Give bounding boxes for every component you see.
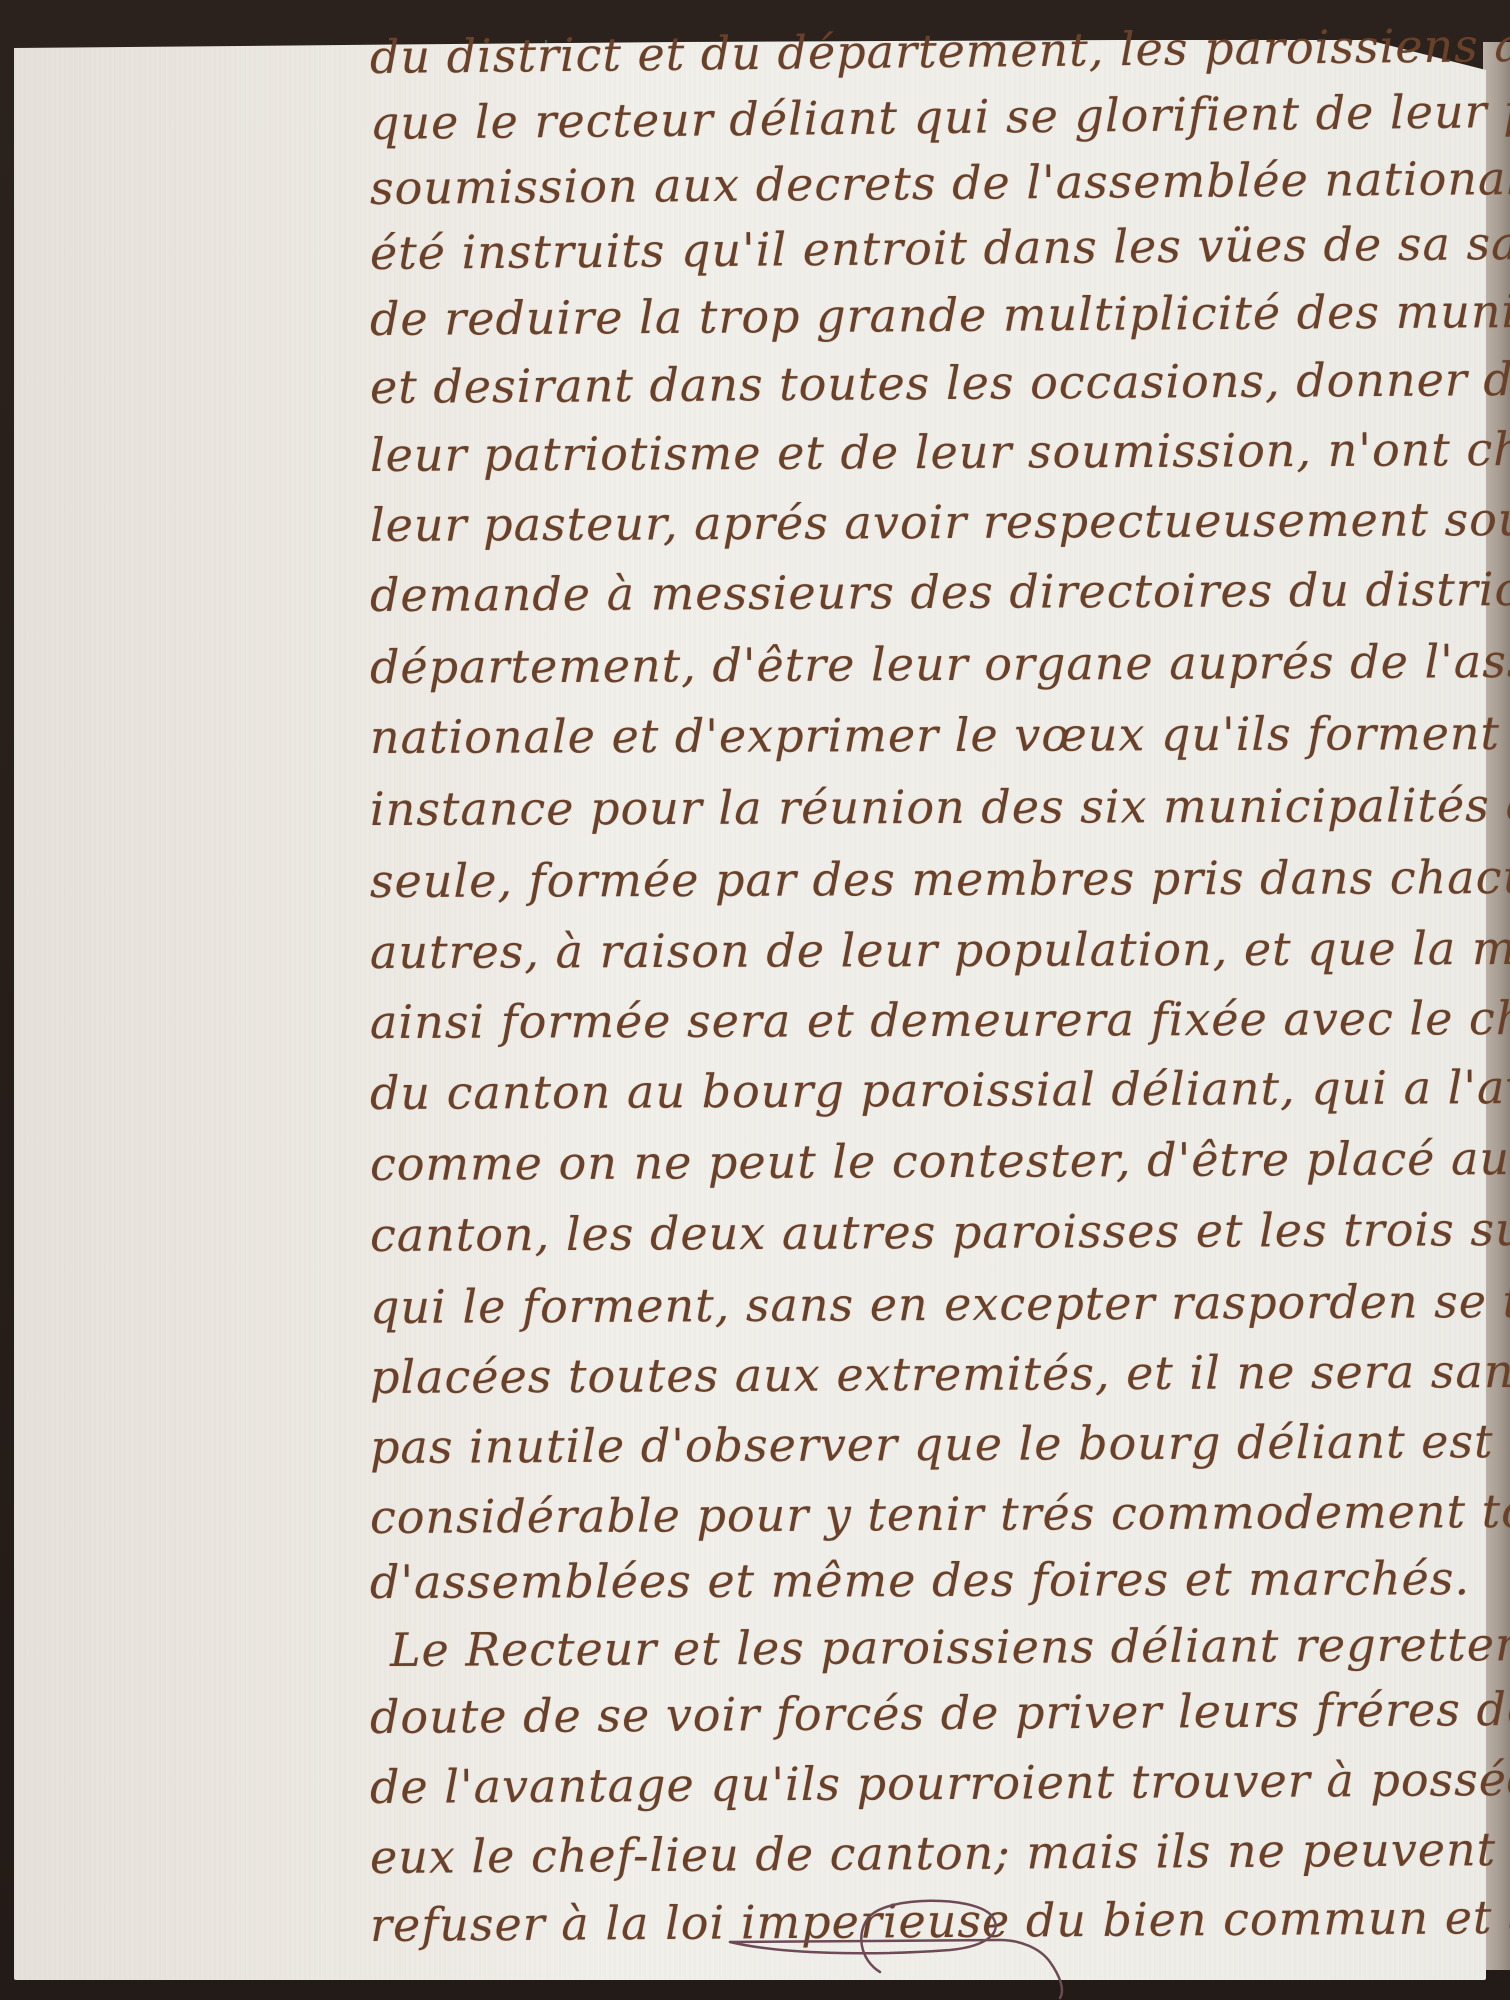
manuscript-line-7: leur patriotisme et de leur soumission, … [370,420,1510,482]
manuscript-line-14: autres, à raison de leur population, et … [370,920,1510,979]
document-photo: du district et du département, les paroi… [0,0,1510,2000]
manuscript-line-10: département, d'être leur organe auprés d… [370,633,1510,694]
manuscript-line-11: nationale et d'exprimer le vœux qu'ils f… [370,706,1510,764]
pen-flourish-icon [720,1890,1100,2000]
manuscript-line-25: doute de se voir forcés de priver leurs … [370,1680,1510,1744]
manuscript-line-13: seule, formée par des membres pris dans … [370,849,1510,908]
manuscript-line-20: placées toutes aux extremités, et il ne … [370,1343,1510,1404]
manuscript-line-16: du canton au bourg paroissial déliant, q… [370,1059,1510,1120]
manuscript-line-26: de l'avantage qu'ils pourroient trouver … [370,1751,1510,1814]
manuscript-line-19: qui le forment, sans en excepter raspord… [370,1273,1510,1334]
manuscript-line-8: leur pasteur, aprés avoir respectueuseme… [370,491,1510,552]
manuscript-line-18: canton, les deux autres paroisses et les… [370,1201,1510,1262]
manuscript-line-12: instance pour la réunion des six municip… [370,777,1510,836]
manuscript-line-17: comme on ne peut le contester, d'être pl… [370,1130,1510,1191]
manuscript-line-24: Le Recteur et les paroissiens déliant re… [390,1616,1510,1677]
manuscript-line-21: pas inutile d'observer que le bourg déli… [370,1413,1510,1474]
manuscript-line-3: soumission aux decrets de l'assemblée na… [370,149,1510,215]
manuscript-line-22: considérable pour y tenir trés commodeme… [370,1483,1510,1544]
manuscript-line-15: ainsi formée sera et demeurera fixée ave… [370,990,1510,1049]
manuscript-line-4: été instruits qu'il entroit dans les vüe… [370,215,1510,280]
manuscript-line-9: demande à messieurs des directoires du d… [370,561,1510,622]
manuscript-line-6: et desirant dans toutes les occasions, d… [370,350,1510,414]
manuscript-line-23: d'assemblées et même des foires et march… [370,1551,1470,1609]
manuscript-line-27: eux le chef-lieu de canton; mais ils ne … [370,1822,1510,1884]
manuscript-line-5: de reduire la trop grande multiplicité d… [370,283,1510,346]
